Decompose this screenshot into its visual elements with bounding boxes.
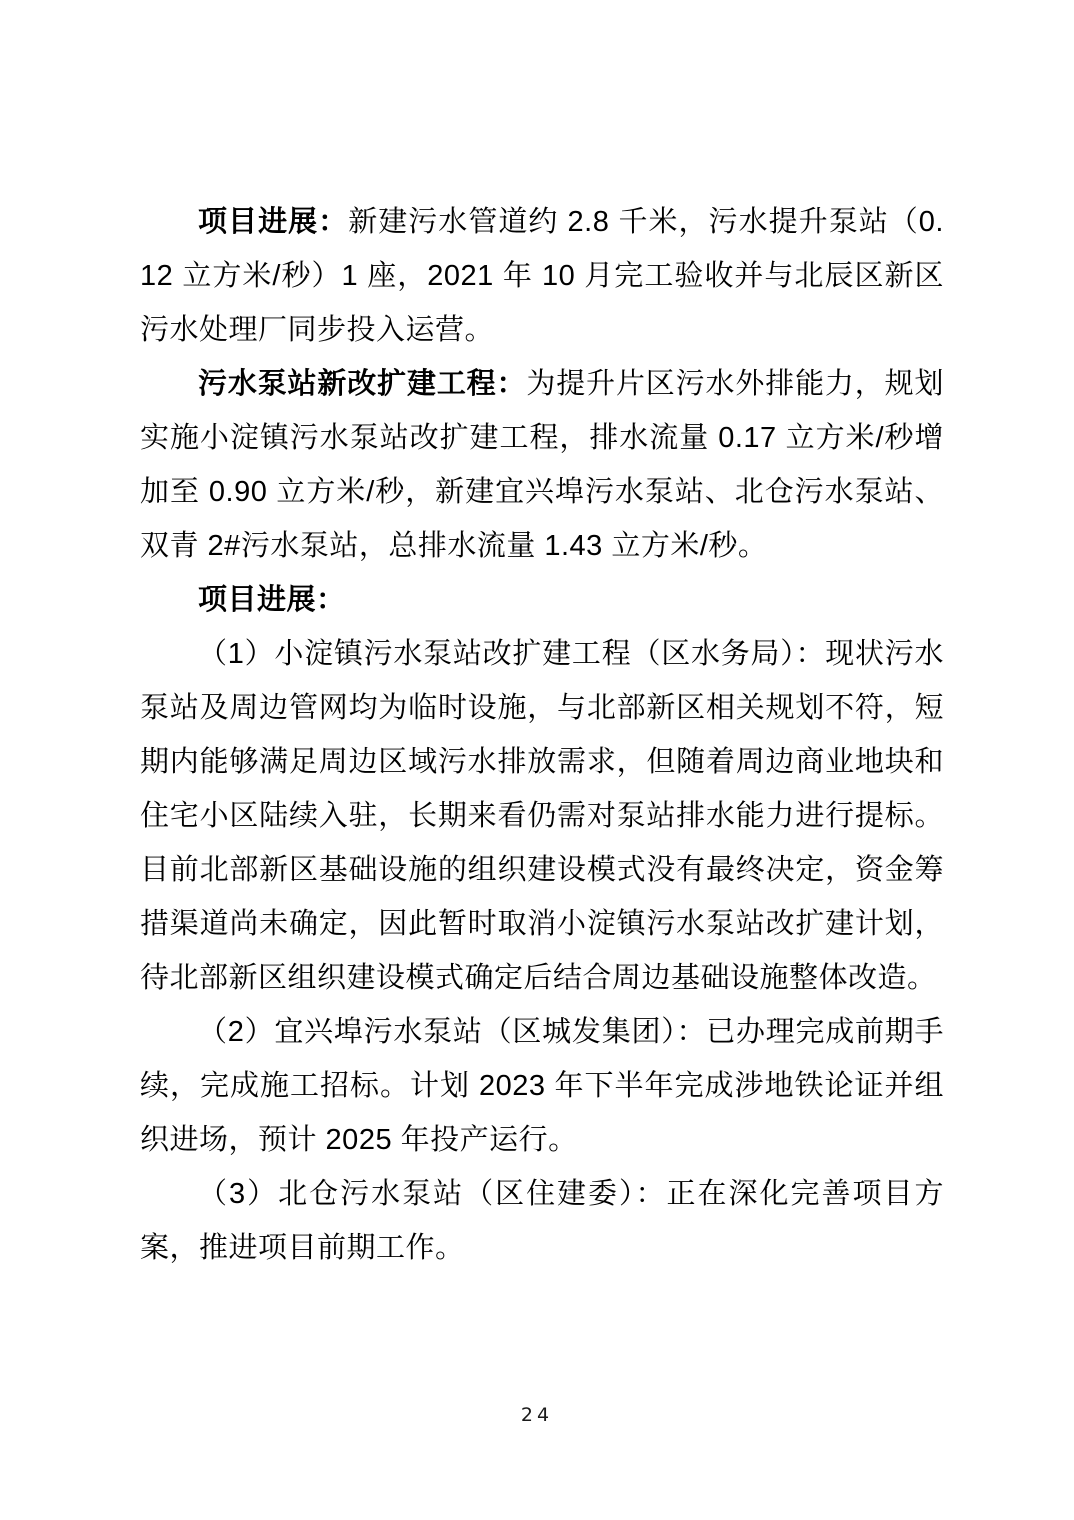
paragraph-project-progress-1: 项目进展：新建污水管道约 2.8 千米，污水提升泵站（0.12 立方米/秒）1 …: [140, 195, 944, 357]
paragraph-text: （2）宜兴埠污水泵站（区城发集团）：已办理完成前期手续，完成施工招标。计划 20…: [140, 1016, 944, 1156]
paragraph-text: （1）小淀镇污水泵站改扩建工程（区水务局）：现状污水泵站及周边管网均为临时设施，…: [140, 638, 944, 994]
paragraph-text: （3）北仓污水泵站（区住建委）：正在深化完善项目方案，推进项目前期工作。: [140, 1178, 944, 1264]
paragraph-item-1: （1）小淀镇污水泵站改扩建工程（区水务局）：现状污水泵站及周边管网均为临时设施，…: [140, 627, 944, 1005]
paragraph-lead: 污水泵站新改扩建工程：: [198, 368, 526, 400]
paragraph-item-3: （3）北仓污水泵站（区住建委）：正在深化完善项目方案，推进项目前期工作。: [140, 1167, 944, 1275]
paragraph-item-2: （2）宜兴埠污水泵站（区城发集团）：已办理完成前期手续，完成施工招标。计划 20…: [140, 1005, 944, 1167]
paragraph-lead: 项目进展：: [198, 206, 348, 238]
document-page: 项目进展：新建污水管道约 2.8 千米，污水提升泵站（0.12 立方米/秒）1 …: [0, 0, 1074, 1520]
paragraph-pump-station-project: 污水泵站新改扩建工程：为提升片区污水外排能力，规划实施小淀镇污水泵站改扩建工程，…: [140, 357, 944, 573]
page-number: 24: [0, 1404, 1074, 1426]
document-body: 项目进展：新建污水管道约 2.8 千米，污水提升泵站（0.12 立方米/秒）1 …: [140, 195, 944, 1275]
paragraph-project-progress-2: 项目进展：: [140, 573, 944, 627]
paragraph-lead: 项目进展：: [198, 584, 346, 616]
